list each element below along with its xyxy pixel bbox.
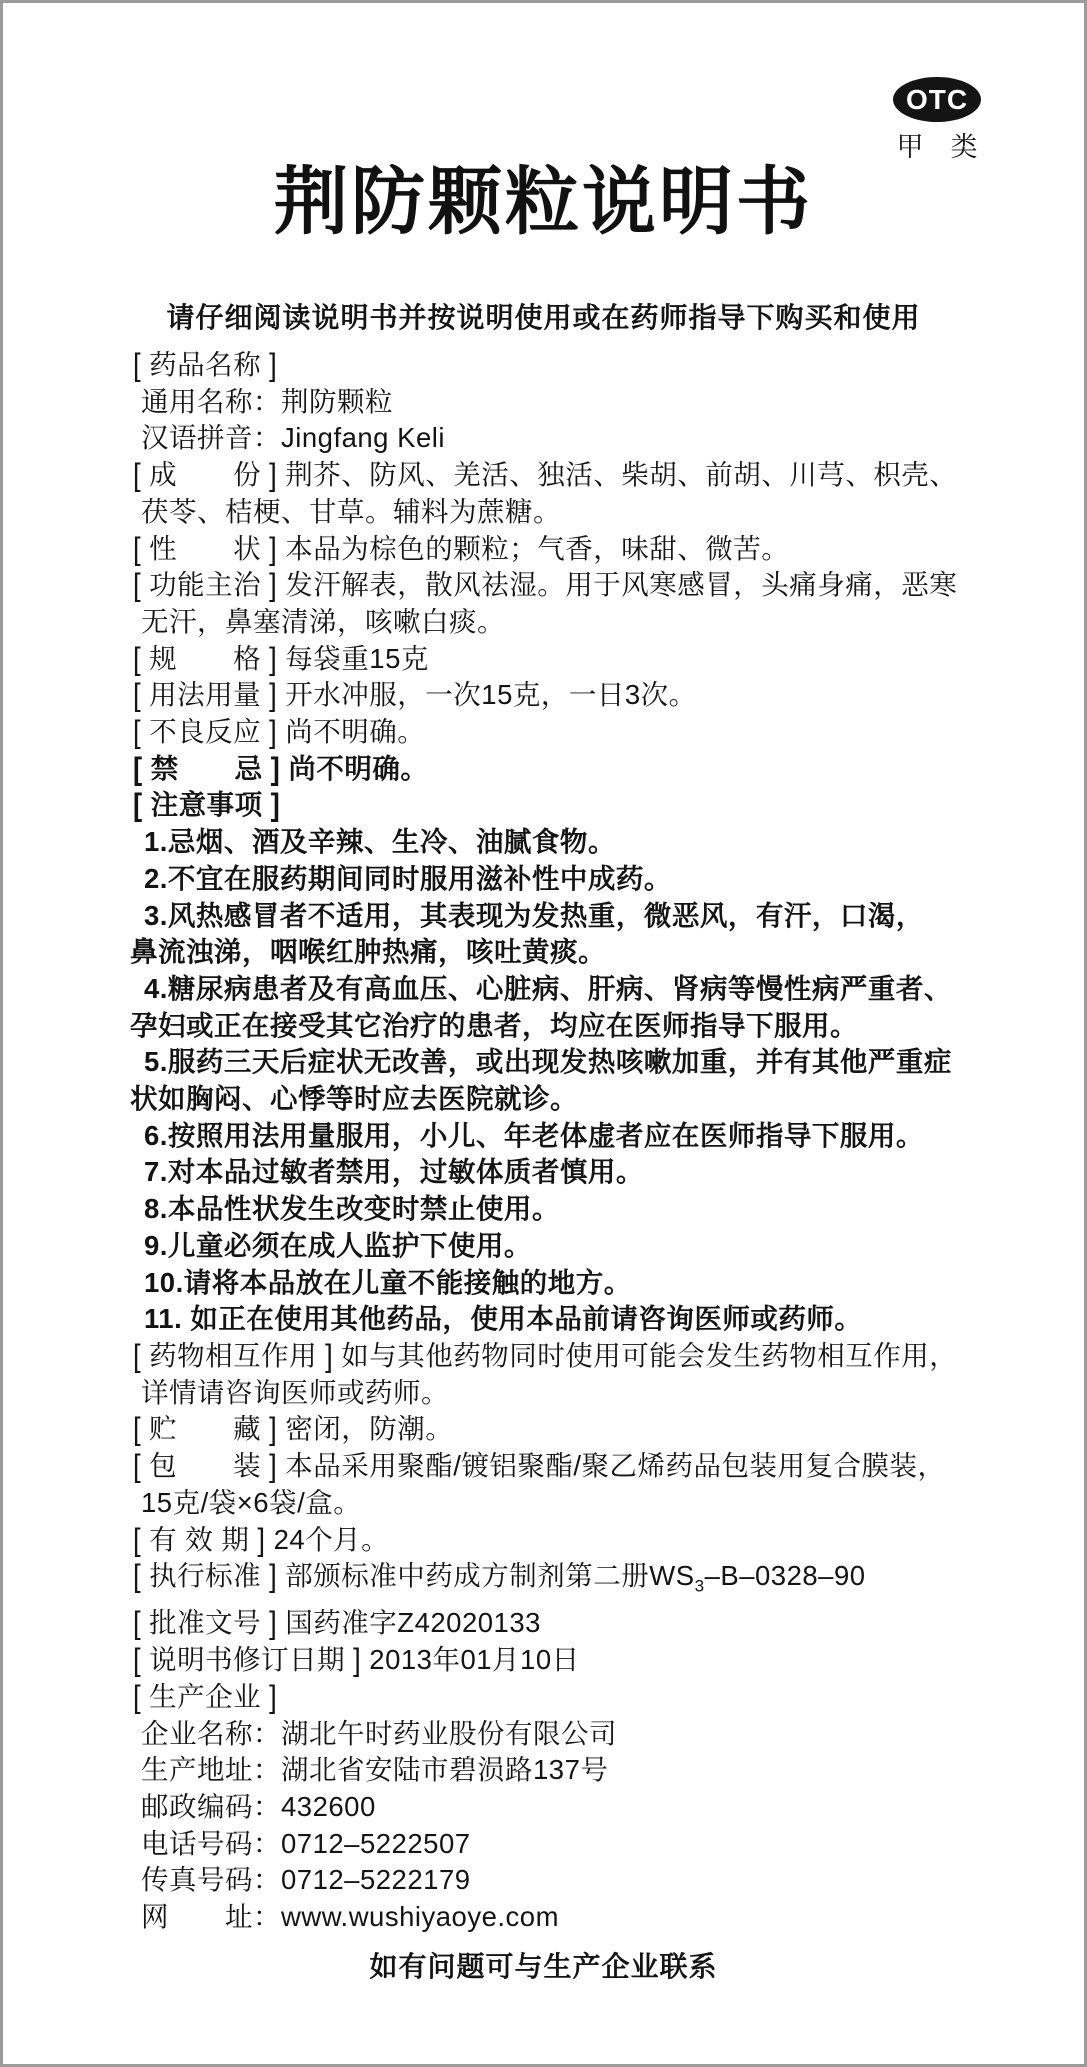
bracket-open: [: [133, 344, 141, 386]
section-line: [生产企业]: [133, 1679, 996, 1716]
page-subtitle: 请仔细阅读说明书并按说明使用或在药师指导下购买和使用: [3, 296, 1084, 336]
section-label: 生产企业: [149, 1681, 261, 1712]
field-line: 企业名称：湖北午时药业股份有限公司: [141, 1716, 996, 1753]
section-line: [用法用量]开水冲服，一次15克，一日3次。: [133, 677, 996, 714]
section-label: 药物相互作用: [149, 1340, 317, 1371]
line-text: 11. 如正在使用其他药品，使用本品前请咨询医师或药师。: [144, 1303, 862, 1334]
section-text: 发汗解表，散风祛湿。用于风寒感冒，头痛身痛，恶寒: [285, 569, 957, 600]
section-label: 禁 忌: [151, 753, 263, 784]
section-line: [药品名称]: [133, 347, 996, 384]
line-text: 8.本品性状发生改变时禁止使用。: [144, 1193, 560, 1224]
field-line: 电话号码：0712–5222507: [141, 1826, 996, 1863]
line-text: 汉语拼音：Jingfang Keli: [141, 422, 445, 453]
line-text: 详情请咨询医师或药师。: [141, 1377, 449, 1408]
section-text: 部颁标准中药成方制剂第二册WS: [285, 1560, 694, 1591]
line-text: 10.请将本品放在儿童不能接触的地方。: [144, 1267, 632, 1298]
section-line: [药物相互作用]如与其他药物同时使用可能会发生药物相互作用，: [133, 1338, 996, 1375]
bracket-close: ]: [269, 564, 277, 606]
section-label: 注意事项: [151, 789, 263, 820]
section-label: 规 格: [149, 643, 261, 674]
otc-mark-icon: OTC: [893, 77, 981, 122]
line-text: 7.对本品过敏者禁用，过敏体质者慎用。: [144, 1156, 644, 1187]
bracket-close: ]: [269, 1445, 277, 1487]
section-label: 用法用量: [149, 679, 261, 710]
line-text: 通用名称：荆防颗粒: [141, 386, 393, 417]
item-line: 4.糖尿病患者及有高血压、心脏病、肝病、肾病等慢性病严重者、: [144, 971, 996, 1008]
bracket-close: ]: [257, 1519, 265, 1561]
section-text: 2013年01月10日: [369, 1644, 579, 1675]
section-line: [包 装]本品采用聚酯/镀铝聚酯/聚乙烯药品包装用复合膜装，: [133, 1448, 996, 1485]
bracket-open: [: [133, 711, 141, 753]
line-text: 孕妇或正在接受其它治疗的患者，均应在医师指导下服用。: [130, 1010, 858, 1041]
item-line: 6.按照用法用量服用，小儿、年老体虚者应在医师指导下服用。: [144, 1118, 996, 1155]
section-line: [功能主治]发汗解表，散风祛湿。用于风寒感冒，头痛身痛，恶寒: [133, 567, 996, 604]
field-line: 汉语拼音：Jingfang Keli: [141, 420, 996, 457]
otc-mark-text: OTC: [906, 84, 968, 116]
field-line: 详情请咨询医师或药师。: [141, 1375, 996, 1412]
item-line: 2.不宜在服药期间同时服用滋补性中成药。: [144, 861, 996, 898]
section-line: [执行标准]部颁标准中药成方制剂第二册WS3–B–0328–90: [133, 1558, 996, 1605]
bracket-close: ]: [353, 1639, 361, 1681]
field-line: 生产地址：湖北省安陆市碧涢路137号: [141, 1752, 996, 1789]
line-text: 2.不宜在服药期间同时服用滋补性中成药。: [144, 863, 672, 894]
field-line: 传真号码：0712–5222179: [141, 1862, 996, 1899]
field-line: 邮政编码：432600: [141, 1789, 996, 1826]
line-text: 9.儿童必须在成人监护下使用。: [144, 1230, 532, 1261]
section-label: 功能主治: [149, 569, 261, 600]
bracket-close: ]: [325, 1335, 333, 1377]
leaflet-body: [药品名称]通用名称：荆防颗粒汉语拼音：Jingfang Keli[成 份]荆芥…: [130, 347, 996, 1936]
bracket-close: ]: [269, 454, 277, 496]
section-text: 荆芥、防风、羌活、独活、柴胡、前胡、川芎、枳壳、: [285, 459, 957, 490]
section-line: [成 份]荆芥、防风、羌活、独活、柴胡、前胡、川芎、枳壳、: [133, 457, 996, 494]
section-text: 密闭，防潮。: [285, 1413, 453, 1444]
line-text: 网 址：www.wushiyaoye.com: [141, 1901, 559, 1932]
itemcont-line: 状如胸闷、心悸等时应去医院就诊。: [130, 1081, 996, 1118]
section-label: 包 装: [149, 1450, 261, 1481]
item-line: 5.服药三天后症状无改善，或出现发热咳嗽加重，并有其他严重症: [144, 1044, 996, 1081]
section-line: [禁 忌]尚不明确。: [133, 751, 996, 788]
bracket-close: ]: [269, 344, 277, 386]
section-line: [批准文号]国药准字Z42020133: [133, 1605, 996, 1642]
itemcont-line: 鼻流浊涕，咽喉红肿热痛，咳吐黄痰。: [130, 934, 996, 971]
field-line: 网 址：www.wushiyaoye.com: [141, 1899, 996, 1936]
section-line: [规 格]每袋重15克: [133, 641, 996, 678]
line-text: 无汗，鼻塞清涕，咳嗽白痰。: [141, 606, 505, 637]
bracket-open: [: [133, 1555, 141, 1597]
line-text: 6.按照用法用量服用，小儿、年老体虚者应在医师指导下服用。: [144, 1120, 924, 1151]
section-text: 本品采用聚酯/镀铝聚酯/聚乙烯药品包装用复合膜装，: [285, 1450, 945, 1481]
line-text: 15克/袋×6袋/盒。: [141, 1487, 361, 1518]
line-text: 邮政编码：432600: [141, 1791, 376, 1822]
section-label: 成 份: [149, 459, 261, 490]
leaflet-page: OTC 甲 类 荆防颗粒说明书 请仔细阅读说明书并按说明使用或在药师指导下购买和…: [0, 0, 1087, 2067]
section-label: 有 效 期: [149, 1524, 249, 1555]
section-text: 如与其他药物同时使用可能会发生药物相互作用，: [341, 1340, 957, 1371]
section-line: [有 效 期]24个月。: [133, 1522, 996, 1559]
line-text: 5.服药三天后症状无改善，或出现发热咳嗽加重，并有其他严重症: [144, 1046, 952, 1077]
standard-code-subscript: 3: [695, 1577, 705, 1596]
item-line: 9.儿童必须在成人监护下使用。: [144, 1228, 996, 1265]
bracket-open: [: [133, 785, 143, 827]
line-text: 生产地址：湖北省安陆市碧涢路137号: [141, 1754, 608, 1785]
section-label: 说明书修订日期: [149, 1644, 345, 1675]
line-text: 企业名称：湖北午时药业股份有限公司: [141, 1718, 617, 1749]
item-line: 10.请将本品放在儿童不能接触的地方。: [144, 1265, 996, 1302]
bracket-open: [: [133, 1676, 141, 1718]
bracket-open: [: [133, 454, 141, 496]
page-footer: 如有问题可与生产企业联系: [3, 1945, 1084, 1985]
bracket-close: ]: [269, 1676, 277, 1718]
bracket-open: [: [133, 564, 141, 606]
item-line: 7.对本品过敏者禁用，过敏体质者慎用。: [144, 1154, 996, 1191]
item-line: 1.忌烟、酒及辛辣、生冷、油腻食物。: [144, 824, 996, 861]
section-line: [不良反应]尚不明确。: [133, 714, 996, 751]
section-label: 执行标准: [149, 1560, 261, 1591]
section-line: [说明书修订日期]2013年01月10日: [133, 1642, 996, 1679]
bracket-close: ]: [269, 1555, 277, 1597]
line-text: 传真号码：0712–5222179: [141, 1864, 471, 1895]
bracket-open: [: [133, 1445, 141, 1487]
page-title: 荆防颗粒说明书: [3, 143, 1084, 249]
field-line: 茯苓、桔梗、甘草。辅料为蔗糖。: [141, 494, 996, 531]
section-line: [注意事项]: [133, 787, 996, 824]
section-text: 24个月。: [274, 1524, 390, 1555]
bracket-open: [: [133, 1639, 141, 1681]
section-label: 性 状: [149, 533, 261, 564]
section-line: [贮 藏]密闭，防潮。: [133, 1411, 996, 1448]
field-line: 无汗，鼻塞清涕，咳嗽白痰。: [141, 604, 996, 641]
section-text: 开水冲服，一次15克，一日3次。: [285, 679, 696, 710]
line-text: 鼻流浊涕，咽喉红肿热痛，咳吐黄痰。: [130, 936, 606, 967]
line-text: 3.风热感冒者不适用，其表现为发热重，微恶风，有汗，口渴，: [144, 900, 924, 931]
bracket-open: [: [133, 1335, 141, 1377]
section-text-2: –B–0328–90: [705, 1560, 866, 1591]
field-line: 通用名称：荆防颗粒: [141, 384, 996, 421]
section-text: 尚不明确。: [288, 753, 428, 784]
bracket-close: ]: [269, 711, 277, 753]
field-line: 15克/袋×6袋/盒。: [141, 1485, 996, 1522]
item-line: 8.本品性状发生改变时禁止使用。: [144, 1191, 996, 1228]
section-text: 尚不明确。: [285, 716, 425, 747]
section-label: 批准文号: [149, 1607, 261, 1638]
section-line: [性 状]本品为棕色的颗粒；气香，味甜、微苦。: [133, 531, 996, 568]
section-text: 每袋重15克: [285, 643, 429, 674]
section-text: 国药准字Z42020133: [285, 1607, 541, 1638]
section-label: 贮 藏: [149, 1413, 261, 1444]
item-line: 11. 如正在使用其他药品，使用本品前请咨询医师或药师。: [144, 1301, 996, 1338]
line-text: 1.忌烟、酒及辛辣、生冷、油腻食物。: [144, 826, 616, 857]
line-text: 电话号码：0712–5222507: [141, 1828, 471, 1859]
bracket-close: ]: [271, 785, 281, 827]
section-label: 不良反应: [149, 716, 261, 747]
itemcont-line: 孕妇或正在接受其它治疗的患者，均应在医师指导下服用。: [130, 1008, 996, 1045]
item-line: 3.风热感冒者不适用，其表现为发热重，微恶风，有汗，口渴，: [144, 898, 996, 935]
bracket-close: ]: [269, 1603, 277, 1645]
line-text: 状如胸闷、心悸等时应去医院就诊。: [130, 1083, 578, 1114]
line-text: 茯苓、桔梗、甘草。辅料为蔗糖。: [141, 496, 561, 527]
line-text: 4.糖尿病患者及有高血压、心脏病、肝病、肾病等慢性病严重者、: [144, 973, 952, 1004]
section-label: 药品名称: [149, 349, 261, 380]
section-text: 本品为棕色的颗粒；气香，味甜、微苦。: [285, 533, 789, 564]
